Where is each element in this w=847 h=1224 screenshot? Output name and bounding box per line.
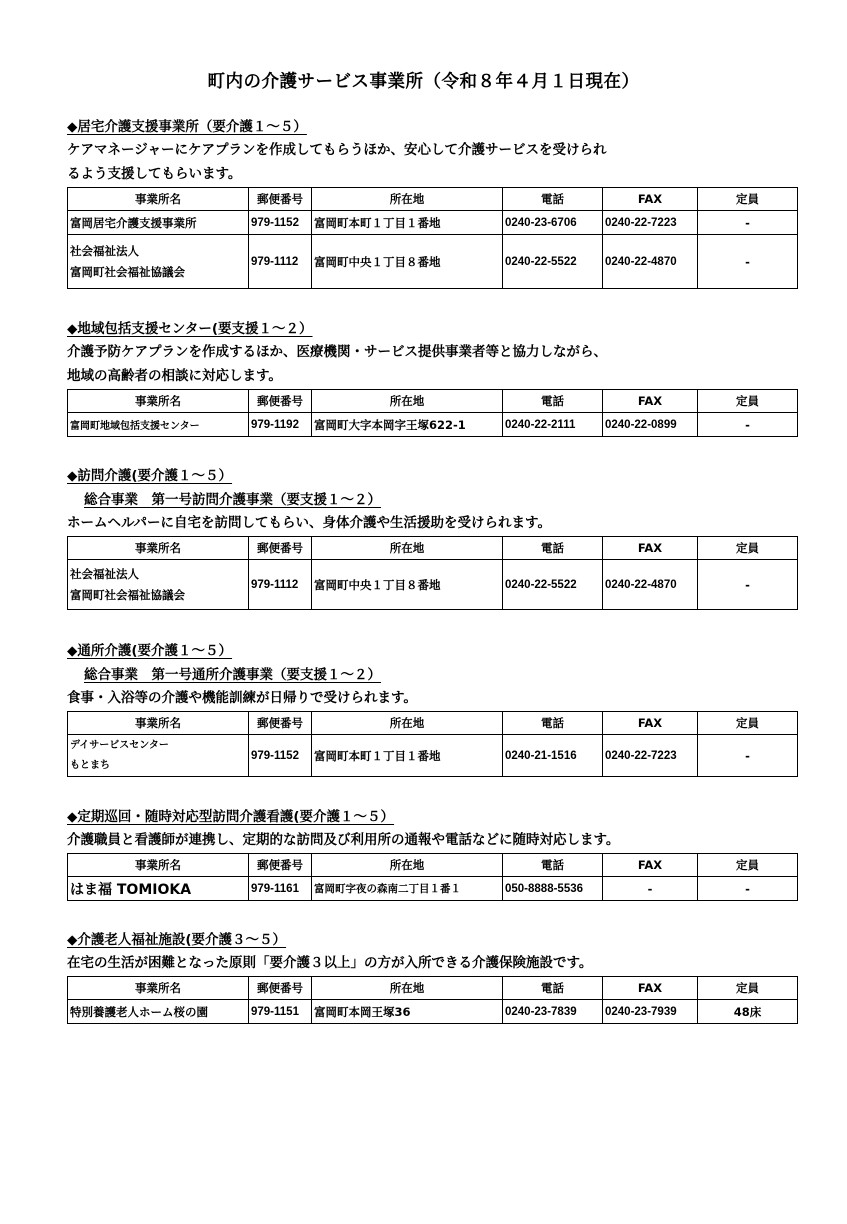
header-address: 所在地 <box>312 537 503 560</box>
section-description-line: ケアマネージャーにケアプランを作成してもらうほか、安心して介護サービスを受けられ <box>67 139 797 161</box>
phone-number: 0240-23-7839 <box>503 1000 603 1024</box>
section-description-line: 在宅の生活が困難となった原則「要介護３以上」の方が入所できる介護保険施設です。 <box>67 952 797 974</box>
header-name: 事業所名 <box>68 390 249 413</box>
phone-number: 0240-22-5522 <box>503 235 603 289</box>
header-capacity: 定員 <box>698 712 798 735</box>
section-nursing-home: ◆介護老人福祉施設(要介護３～５） 在宅の生活が困難となった原則「要介護３以上」… <box>67 929 797 1024</box>
header-fax: FAX <box>603 390 698 413</box>
address: 富岡町字夜の森南二丁目１番１ <box>312 877 503 901</box>
header-address: 所在地 <box>312 390 503 413</box>
fax-number: 0240-22-4870 <box>603 235 698 289</box>
section-community-support-center: ◆地域包括支援センター(要支援１～２） 介護予防ケアプランを作成するほか、医療機… <box>67 318 797 437</box>
facility-name: デイサービスセンター もとまち <box>68 735 249 777</box>
section-heading: ◆居宅介護支援事業所（要介護１～５） <box>67 117 313 137</box>
header-postal: 郵便番号 <box>249 390 312 413</box>
section-heading: ◆介護老人福祉施設(要介護３～５） <box>67 930 292 950</box>
header-phone: 電話 <box>503 390 603 413</box>
postal-code: 979-1152 <box>249 211 312 235</box>
header-phone: 電話 <box>503 537 603 560</box>
capacity: - <box>698 235 798 289</box>
header-name: 事業所名 <box>68 188 249 211</box>
facility-name: 特別養護老人ホーム桜の園 <box>68 1000 249 1024</box>
header-postal: 郵便番号 <box>249 537 312 560</box>
header-address: 所在地 <box>312 977 503 1000</box>
postal-code: 979-1152 <box>249 735 312 777</box>
facility-name-line: 富岡町社会福祉協議会 <box>70 585 246 606</box>
facility-name-line: もとまち <box>70 756 246 776</box>
header-address: 所在地 <box>312 188 503 211</box>
section-description-line: 介護予防ケアプランを作成するほか、医療機関・サービス提供事業者等と協力しながら、 <box>67 341 797 363</box>
fax-number: - <box>603 877 698 901</box>
header-fax: FAX <box>603 712 698 735</box>
header-address: 所在地 <box>312 712 503 735</box>
header-phone: 電話 <box>503 854 603 877</box>
header-fax: FAX <box>603 188 698 211</box>
header-name: 事業所名 <box>68 537 249 560</box>
capacity: - <box>698 560 798 610</box>
capacity: - <box>698 877 798 901</box>
address: 富岡町本町１丁目１番地 <box>312 211 503 235</box>
facility-name-line: 特別養護老人ホーム桜の園 <box>70 1005 208 1019</box>
section-heading: ◆地域包括支援センター(要支援１～２） <box>67 319 319 339</box>
postal-code: 979-1112 <box>249 235 312 289</box>
table-row: デイサービスセンター もとまち 979-1152 富岡町本町１丁目１番地 024… <box>68 735 798 777</box>
facility-name-line: はま福 TOMIOKA <box>70 882 191 898</box>
fax-number: 0240-22-4870 <box>603 560 698 610</box>
header-phone: 電話 <box>503 977 603 1000</box>
address: 富岡町本町１丁目１番地 <box>312 735 503 777</box>
section-description-line: 介護職員と看護師が連携し、定期的な訪問及び利用所の通報や電話などに随時対応します… <box>67 829 797 851</box>
address: 富岡町中央１丁目８番地 <box>312 560 503 610</box>
header-postal: 郵便番号 <box>249 712 312 735</box>
header-address: 所在地 <box>312 854 503 877</box>
facility-name: 富岡居宅介護支援事業所 <box>68 211 249 235</box>
header-phone: 電話 <box>503 188 603 211</box>
section-description-line: 食事・入浴等の介護や機能訓練が日帰りで受けられます。 <box>67 687 797 709</box>
facility-table: 事業所名 郵便番号 所在地 電話 FAX 定員 富岡町地域包括支援センター 97… <box>67 389 798 437</box>
fax-number: 0240-23-7939 <box>603 1000 698 1024</box>
facility-table: 事業所名 郵便番号 所在地 電話 FAX 定員 はま福 TOMIOKA 979-… <box>67 853 798 901</box>
table-row: 富岡居宅介護支援事業所 979-1152 富岡町本町１丁目１番地 0240-23… <box>68 211 798 235</box>
section-home-visit-care: ◆訪問介護(要介護１～５） 総合事業 第一号訪問介護事業（要支援１～２） ホーム… <box>67 465 797 610</box>
table-row: 富岡町地域包括支援センター 979-1192 富岡町大字本岡字王塚622-1 0… <box>68 413 798 437</box>
header-postal: 郵便番号 <box>249 188 312 211</box>
facility-name-line: 社会福祉法人 <box>70 564 246 585</box>
phone-number: 050-8888-5536 <box>503 877 603 901</box>
capacity: - <box>698 211 798 235</box>
section-subheading: 総合事業 第一号通所介護事業（要支援１～２） <box>67 665 387 685</box>
header-capacity: 定員 <box>698 537 798 560</box>
postal-code: 979-1112 <box>249 560 312 610</box>
header-capacity: 定員 <box>698 977 798 1000</box>
header-name: 事業所名 <box>68 712 249 735</box>
facility-name-line: 富岡町地域包括支援センター <box>70 421 200 432</box>
section-description-line: るよう支援してもらいます。 <box>67 163 797 185</box>
header-fax: FAX <box>603 977 698 1000</box>
section-description-line: 地域の高齢者の相談に対応します。 <box>67 365 797 387</box>
table-row: 社会福祉法人 富岡町社会福祉協議会 979-1112 富岡町中央１丁目８番地 0… <box>68 560 798 610</box>
postal-code: 979-1161 <box>249 877 312 901</box>
facility-name: 社会福祉法人 富岡町社会福祉協議会 <box>68 560 249 610</box>
facility-name-line: 社会福祉法人 <box>70 241 246 262</box>
fax-number: 0240-22-7223 <box>603 735 698 777</box>
capacity: 48床 <box>698 1000 798 1024</box>
facility-table: 事業所名 郵便番号 所在地 電話 FAX 定員 富岡居宅介護支援事業所 979-… <box>67 187 798 289</box>
section-heading: ◆訪問介護(要介護１～５） <box>67 466 238 486</box>
postal-code: 979-1151 <box>249 1000 312 1024</box>
fax-number: 0240-22-7223 <box>603 211 698 235</box>
table-header-row: 事業所名 郵便番号 所在地 電話 FAX 定員 <box>68 537 798 560</box>
header-postal: 郵便番号 <box>249 977 312 1000</box>
section-heading: ◆定期巡回・随時対応型訪問介護看護(要介護１～５） <box>67 807 400 827</box>
table-header-row: 事業所名 郵便番号 所在地 電話 FAX 定員 <box>68 712 798 735</box>
table-row: はま福 TOMIOKA 979-1161 富岡町字夜の森南二丁目１番１ 050-… <box>68 877 798 901</box>
fax-number: 0240-22-0899 <box>603 413 698 437</box>
header-phone: 電話 <box>503 712 603 735</box>
address: 富岡町本岡王塚36 <box>312 1000 503 1024</box>
address: 富岡町大字本岡字王塚622-1 <box>312 413 503 437</box>
postal-code: 979-1192 <box>249 413 312 437</box>
facility-name-line: デイサービスセンター <box>70 736 246 756</box>
table-header-row: 事業所名 郵便番号 所在地 電話 FAX 定員 <box>68 854 798 877</box>
header-name: 事業所名 <box>68 977 249 1000</box>
table-header-row: 事業所名 郵便番号 所在地 電話 FAX 定員 <box>68 390 798 413</box>
page-title: 町内の介護サービス事業所（令和８年４月１日現在） <box>0 68 847 93</box>
address: 富岡町中央１丁目８番地 <box>312 235 503 289</box>
facility-name: はま福 TOMIOKA <box>68 877 249 901</box>
header-name: 事業所名 <box>68 854 249 877</box>
phone-number: 0240-22-2111 <box>503 413 603 437</box>
facility-table: 事業所名 郵便番号 所在地 電話 FAX 定員 特別養護老人ホーム桜の園 979… <box>67 976 798 1024</box>
section-periodic-visit-nursing: ◆定期巡回・随時対応型訪問介護看護(要介護１～５） 介護職員と看護師が連携し、定… <box>67 806 797 901</box>
section-day-service: ◆通所介護(要介護１～５） 総合事業 第一号通所介護事業（要支援１～２） 食事・… <box>67 640 797 777</box>
facility-name-line: 富岡居宅介護支援事業所 <box>70 216 197 230</box>
header-postal: 郵便番号 <box>249 854 312 877</box>
table-row: 社会福祉法人 富岡町社会福祉協議会 979-1112 富岡町中央１丁目８番地 0… <box>68 235 798 289</box>
header-fax: FAX <box>603 537 698 560</box>
facility-name: 社会福祉法人 富岡町社会福祉協議会 <box>68 235 249 289</box>
facility-table: 事業所名 郵便番号 所在地 電話 FAX 定員 社会福祉法人 富岡町社会福祉協議… <box>67 536 798 610</box>
header-capacity: 定員 <box>698 854 798 877</box>
phone-number: 0240-21-1516 <box>503 735 603 777</box>
section-home-care-support: ◆居宅介護支援事業所（要介護１～５） ケアマネージャーにケアプランを作成してもら… <box>67 116 797 289</box>
facility-name: 富岡町地域包括支援センター <box>68 413 249 437</box>
header-capacity: 定員 <box>698 188 798 211</box>
table-row: 特別養護老人ホーム桜の園 979-1151 富岡町本岡王塚36 0240-23-… <box>68 1000 798 1024</box>
capacity: - <box>698 735 798 777</box>
facility-name-line: 富岡町社会福祉協議会 <box>70 262 246 283</box>
section-description-line: ホームヘルパーに自宅を訪問してもらい、身体介護や生活援助を受けられます。 <box>67 512 797 534</box>
section-subheading: 総合事業 第一号訪問介護事業（要支援１～２） <box>67 490 387 510</box>
section-heading: ◆通所介護(要介護１～５） <box>67 641 238 661</box>
header-capacity: 定員 <box>698 390 798 413</box>
capacity: - <box>698 413 798 437</box>
header-fax: FAX <box>603 854 698 877</box>
facility-table: 事業所名 郵便番号 所在地 電話 FAX 定員 デイサービスセンター もとまち … <box>67 711 798 777</box>
phone-number: 0240-23-6706 <box>503 211 603 235</box>
table-header-row: 事業所名 郵便番号 所在地 電話 FAX 定員 <box>68 188 798 211</box>
phone-number: 0240-22-5522 <box>503 560 603 610</box>
table-header-row: 事業所名 郵便番号 所在地 電話 FAX 定員 <box>68 977 798 1000</box>
